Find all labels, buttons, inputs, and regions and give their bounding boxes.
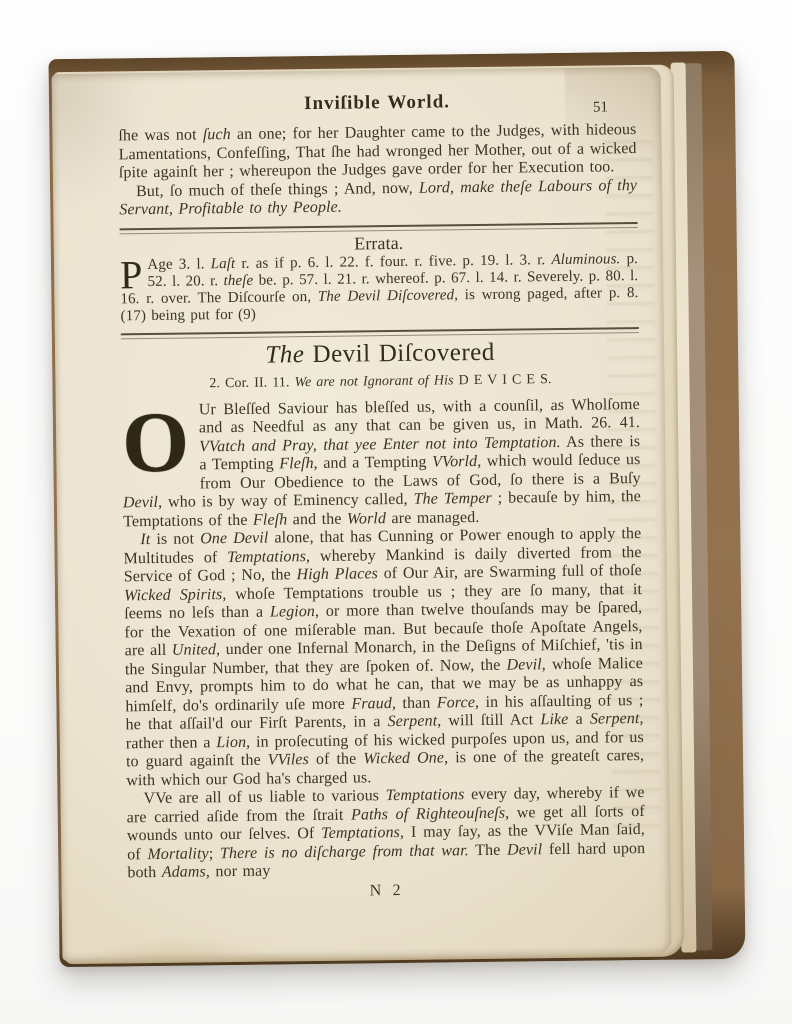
paragraph-discourse-3: VVe are all of us liable to various Temp… <box>126 784 645 883</box>
paragraph-intro-2: But, ſo much of theſe things ; And, now,… <box>119 177 637 220</box>
paragraph-discourse-2: It is not One Devil alone, that has Cunn… <box>123 525 644 790</box>
book-page: Inviſible World. 51 ſhe was not ſuch an … <box>52 67 672 961</box>
errata-text: Age 3. l. Laſt r. as if p. 6. l. 22. f. … <box>120 251 638 324</box>
photo-background: Inviſible World. 51 ſhe was not ſuch an … <box>0 0 792 1024</box>
water-stain <box>88 914 339 961</box>
scripture-line: 2. Cor. II. 11. We are not Ignorant of H… <box>121 370 639 395</box>
signature-mark: N 2 <box>370 881 404 898</box>
section-title: The Devil Diſcovered <box>121 336 639 372</box>
signature-row: N 2 any <box>128 878 646 906</box>
drop-cap-p: P <box>120 257 148 290</box>
running-head: Inviſible World. <box>304 91 450 114</box>
paragraph-errata: PAge 3. l. Laſt r. as if p. 6. l. 22. f.… <box>120 251 639 325</box>
book: Inviſible World. 51 ſhe was not ſuch an … <box>48 51 745 967</box>
drop-cap-o: O <box>122 401 200 477</box>
paragraph-intro-1: ſhe was not ſuch an one; for her Daughte… <box>118 121 637 183</box>
running-head-row: Inviſible World. 51 <box>118 91 636 121</box>
paragraph-discourse-1: OUr Bleſſed Saviour has bleſſed us, with… <box>122 396 642 532</box>
printed-text-block: Inviſible World. 51 ſhe was not ſuch an … <box>118 91 646 907</box>
page-number: 51 <box>593 98 608 117</box>
discourse-text-1: Ur Bleſſed Saviour has bleſſed us, with … <box>123 396 641 530</box>
